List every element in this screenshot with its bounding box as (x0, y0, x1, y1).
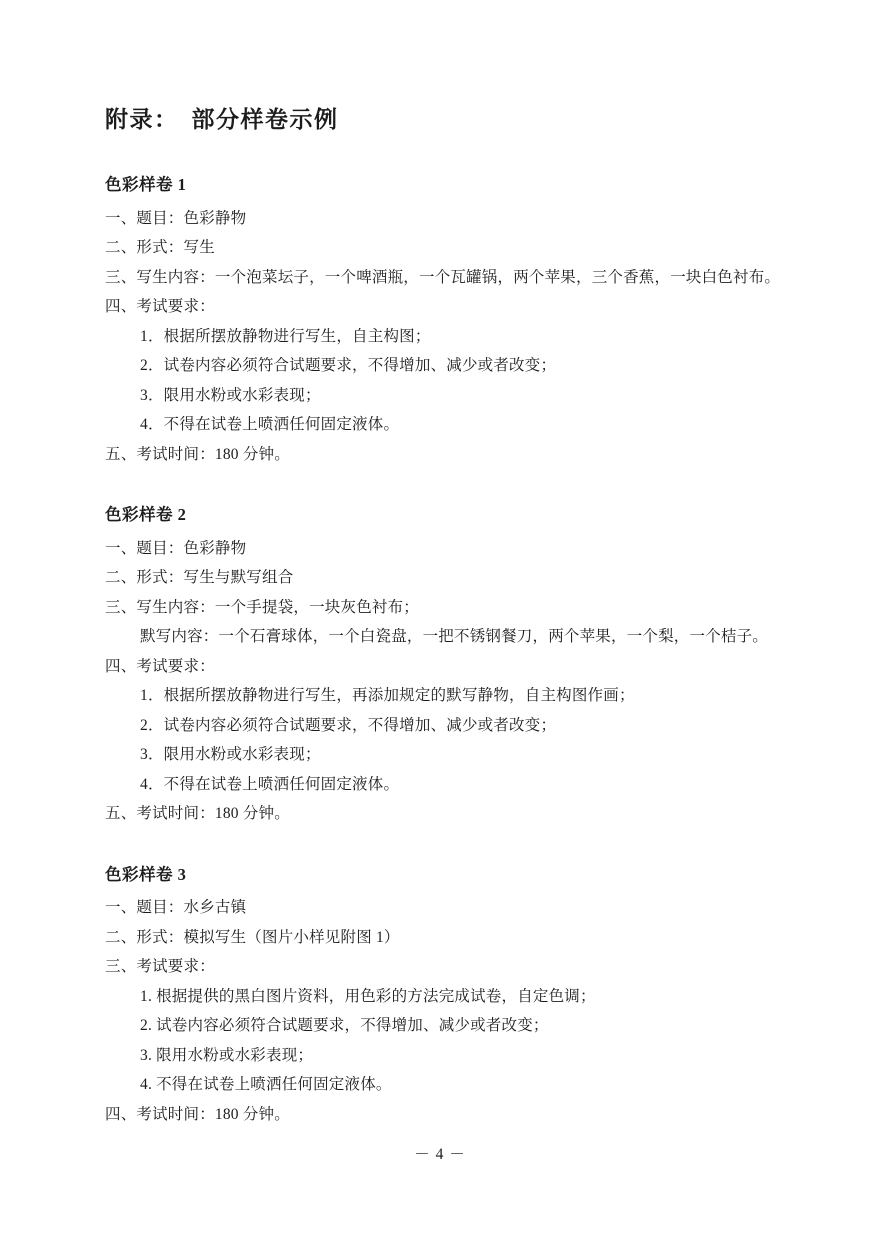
page-title: 附录： 部分样卷示例 (105, 104, 780, 134)
list-item: 2．试卷内容必须符合试题要求，不得增加、减少或者改变； (105, 351, 780, 381)
list-item: 3．限用水粉或水彩表现； (105, 381, 780, 411)
list-item: 一、题目：色彩静物 (105, 204, 780, 234)
list-item: 三、考试要求： (105, 952, 780, 982)
list-item: 1．根据所摆放静物进行写生，再添加规定的默写静物，自主构图作画； (105, 681, 780, 711)
list-item: 2. 试卷内容必须符合试题要求，不得增加、减少或者改变； (105, 1011, 780, 1041)
document-page: 附录： 部分样卷示例 色彩样卷 1一、题目：色彩静物二、形式：写生三、写生内容：… (0, 0, 880, 1244)
list-item: 1. 根据提供的黑白图片资料，用色彩的方法完成试卷，自定色调； (105, 982, 780, 1012)
list-item: 一、题目：水乡古镇 (105, 893, 780, 923)
list-item: 二、形式：写生与默写组合 (105, 563, 780, 593)
list-item: 4. 不得在试卷上喷洒任何固定液体。 (105, 1070, 780, 1100)
list-item: 三、写生内容：一个泡菜坛子，一个啤酒瓶，一个瓦罐锅，两个苹果，三个香蕉，一块白色… (105, 263, 780, 293)
sections-container: 色彩样卷 1一、题目：色彩静物二、形式：写生三、写生内容：一个泡菜坛子，一个啤酒… (105, 170, 780, 1129)
list-item: 二、形式：模拟写生（图片小样见附图 1） (105, 923, 780, 953)
list-item: 五、考试时间：180 分钟。 (105, 799, 780, 829)
list-item: 五、考试时间：180 分钟。 (105, 440, 780, 470)
page-number: － 4 － (0, 1143, 880, 1167)
list-item: 1．根据所摆放静物进行写生，自主构图； (105, 322, 780, 352)
list-item: 4．不得在试卷上喷洒任何固定液体。 (105, 770, 780, 800)
list-item: 二、形式：写生 (105, 233, 780, 263)
document-content: 附录： 部分样卷示例 色彩样卷 1一、题目：色彩静物二、形式：写生三、写生内容：… (0, 0, 880, 1129)
list-item: 默写内容：一个石膏球体，一个白瓷盘，一把不锈钢餐刀，两个苹果，一个梨，一个桔子。 (105, 622, 780, 652)
list-item: 2．试卷内容必须符合试题要求，不得增加、减少或者改变； (105, 711, 780, 741)
sample-paper-section: 色彩样卷 3一、题目：水乡古镇二、形式：模拟写生（图片小样见附图 1）三、考试要… (105, 860, 780, 1130)
list-item: 4．不得在试卷上喷洒任何固定液体。 (105, 410, 780, 440)
sample-paper-section: 色彩样卷 2一、题目：色彩静物二、形式：写生与默写组合三、写生内容：一个手提袋，… (105, 500, 780, 829)
list-item: 一、题目：色彩静物 (105, 534, 780, 564)
list-item: 3. 限用水粉或水彩表现； (105, 1041, 780, 1071)
section-title: 色彩样卷 2 (105, 500, 780, 530)
list-item: 3．限用水粉或水彩表现； (105, 740, 780, 770)
section-title: 色彩样卷 3 (105, 860, 780, 890)
list-item: 三、写生内容：一个手提袋，一块灰色衬布； (105, 593, 780, 623)
list-item: 四、考试要求： (105, 652, 780, 682)
list-item: 四、考试时间：180 分钟。 (105, 1100, 780, 1130)
list-item: 四、考试要求： (105, 292, 780, 322)
sample-paper-section: 色彩样卷 1一、题目：色彩静物二、形式：写生三、写生内容：一个泡菜坛子，一个啤酒… (105, 170, 780, 469)
section-title: 色彩样卷 1 (105, 170, 780, 200)
